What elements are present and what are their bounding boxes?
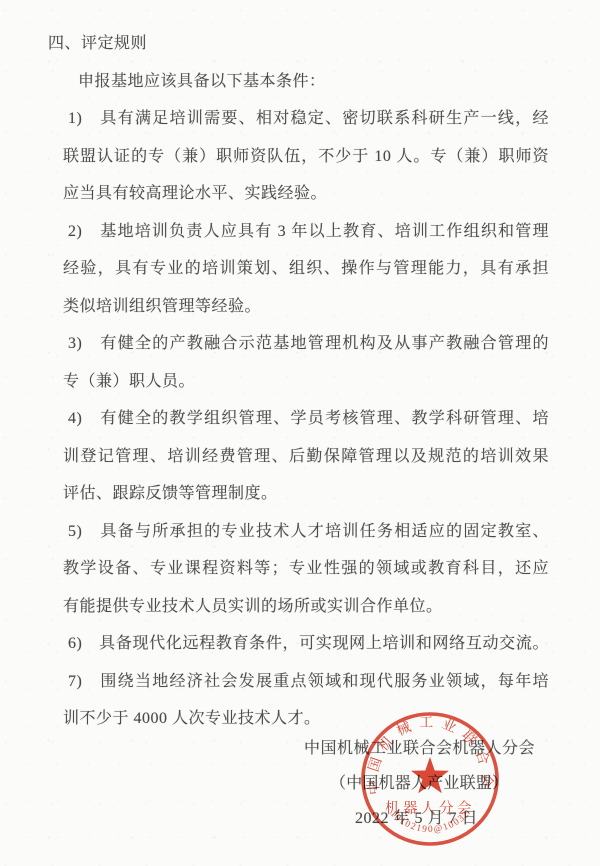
body-line: 3) 有健全的产教融合示范基地管理机构及从事产教融合管理的 bbox=[63, 325, 549, 363]
body-line: 2) 基地培训负责人应具有 3 年以上教育、培训工作组织和管理 bbox=[63, 213, 549, 251]
body-line: 6) 具备现代化远程教育条件，可实现网上培训和网络互动交流。 bbox=[63, 625, 549, 663]
intro-line: 申报基地应该具备以下基本条件： bbox=[63, 63, 549, 101]
document-page: 四、评定规则 申报基地应该具备以下基本条件： 1) 具有满足培训需要、相对稳定、… bbox=[0, 0, 600, 866]
body-line: 联盟认证的专（兼）职师资队伍，不少于 10 人。专（兼）职师资 bbox=[63, 138, 549, 176]
body-line: 教学设备、专业课程资料等；专业性强的领域或教育科目，还应 bbox=[63, 550, 549, 588]
section-heading: 四、评定规则 bbox=[48, 25, 549, 63]
body-line: 评估、跟踪反馈等管理制度。 bbox=[63, 475, 549, 513]
body-line: 经验，具有专业的培训策划、组织、操作与管理能力，具有承担 bbox=[63, 250, 549, 288]
official-seal: 中国机械工业联合会 机器人分会 10102190@10032 bbox=[358, 707, 502, 851]
body-line: 专（兼）职人员。 bbox=[63, 363, 549, 401]
body-line: 7) 围绕当地经济社会发展重点领域和现代服务业领域，每年培 bbox=[63, 663, 549, 701]
body-line: 训登记管理、培训经费管理、后勤保障管理以及规范的培训效果 bbox=[63, 438, 549, 476]
body-line: 5) 具备与所承担的专业技术人才培训任务相适应的固定教室、 bbox=[63, 513, 549, 551]
body-line: 4) 有健全的教学组织管理、学员考核管理、教学科研管理、培 bbox=[63, 400, 549, 438]
star-icon bbox=[411, 757, 449, 793]
document-body: 四、评定规则 申报基地应该具备以下基本条件： 1) 具有满足培训需要、相对稳定、… bbox=[63, 25, 549, 738]
body-line: 1) 具有满足培训需要、相对稳定、密切联系科研生产一线，经 bbox=[63, 100, 549, 138]
body-line: 类似培训组织管理等经验。 bbox=[63, 288, 549, 326]
body-line: 有能提供专业技术人员实训的场所或实训合作单位。 bbox=[63, 588, 549, 626]
body-line: 应当具有较高理论水平、实践经验。 bbox=[63, 175, 549, 213]
